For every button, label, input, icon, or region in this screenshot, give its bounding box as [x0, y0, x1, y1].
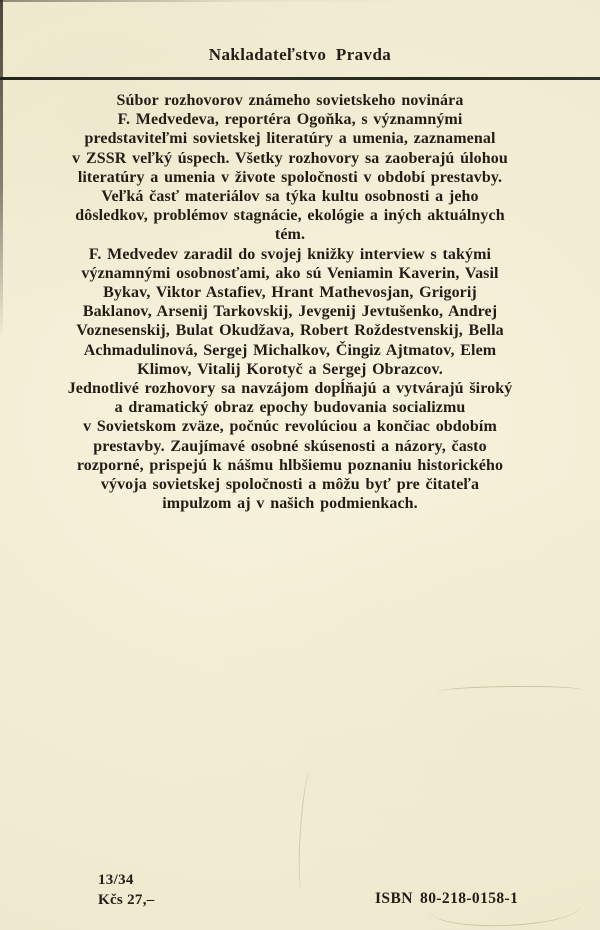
price: Kčs 27,– — [98, 891, 155, 911]
scan-edge-shadow-top — [0, 0, 600, 2]
blurb-line: vývoja sovietskej spoločnosti a môžu byť… — [0, 475, 580, 494]
blurb-line: rozporné, prispejú k nášmu hlbšiemu pozn… — [0, 456, 580, 475]
book-back-cover: Nakladateľstvo Pravda Súbor rozhovorov z… — [0, 0, 600, 930]
blurb-line: v Sovietskom zväze, počnúc revolúciou a … — [0, 417, 580, 436]
blurb-line: dôsledkov, problémov stagnácie, ekológie… — [0, 206, 580, 225]
blurb-text: Súbor rozhovorov známeho sovietskeho nov… — [0, 91, 580, 513]
blurb-line: Veľká časť materiálov sa týka kultu osob… — [0, 187, 580, 206]
blurb-line: Achmadulinová, Sergej Michalkov, Čingiz … — [0, 341, 580, 360]
blurb-line: Bykav, Viktor Astafiev, Hrant Mathevosja… — [0, 283, 580, 302]
blurb-line: predstaviteľmi sovietskej literatúry a u… — [0, 129, 580, 148]
scratch-mark — [438, 685, 583, 697]
blurb-line: v ZSSR veľký úspech. Všetky rozhovory sa… — [0, 149, 580, 168]
edition-code: 13/34 — [98, 871, 155, 891]
blurb-line: Baklanov, Arsenij Tarkovskij, Jevgenij J… — [0, 302, 580, 321]
publisher-name: Nakladateľstvo Pravda — [209, 45, 391, 65]
blurb-line: F. Medvedeva, reportéra Ogoňka, s význam… — [0, 110, 580, 129]
blurb-line: prestavby. Zaujímavé osobné skúsenosti a… — [0, 437, 580, 456]
blurb-line: literatúry a umenia v živote spoločnosti… — [0, 168, 580, 187]
blurb-line: významnými osobnosťami, ako sú Veniamin … — [0, 264, 580, 283]
blurb-line: Voznesenskij, Bulat Okudžava, Robert Rož… — [0, 321, 580, 340]
publisher-row: Nakladateľstvo Pravda — [0, 45, 600, 65]
scratch-mark — [296, 770, 318, 891]
divider-rule — [0, 77, 600, 80]
blurb-line: F. Medvedev zaradil do svojej knižky int… — [0, 245, 580, 264]
blurb-line: Súbor rozhovorov známeho sovietskeho nov… — [0, 91, 580, 110]
blurb-line: tém. — [0, 225, 580, 244]
footer-left: 13/34 Kčs 27,– — [98, 871, 155, 910]
blurb-line: a dramatický obraz epochy budovania soci… — [0, 398, 580, 417]
blurb-line: impulzom aj v našich podmienkach. — [0, 494, 580, 513]
blurb-line: Jednotlivé rozhovory sa navzájom dopĺňaj… — [0, 379, 580, 398]
blurb-line: Klimov, Vitalij Korotyč a Sergej Obrazco… — [0, 360, 580, 379]
